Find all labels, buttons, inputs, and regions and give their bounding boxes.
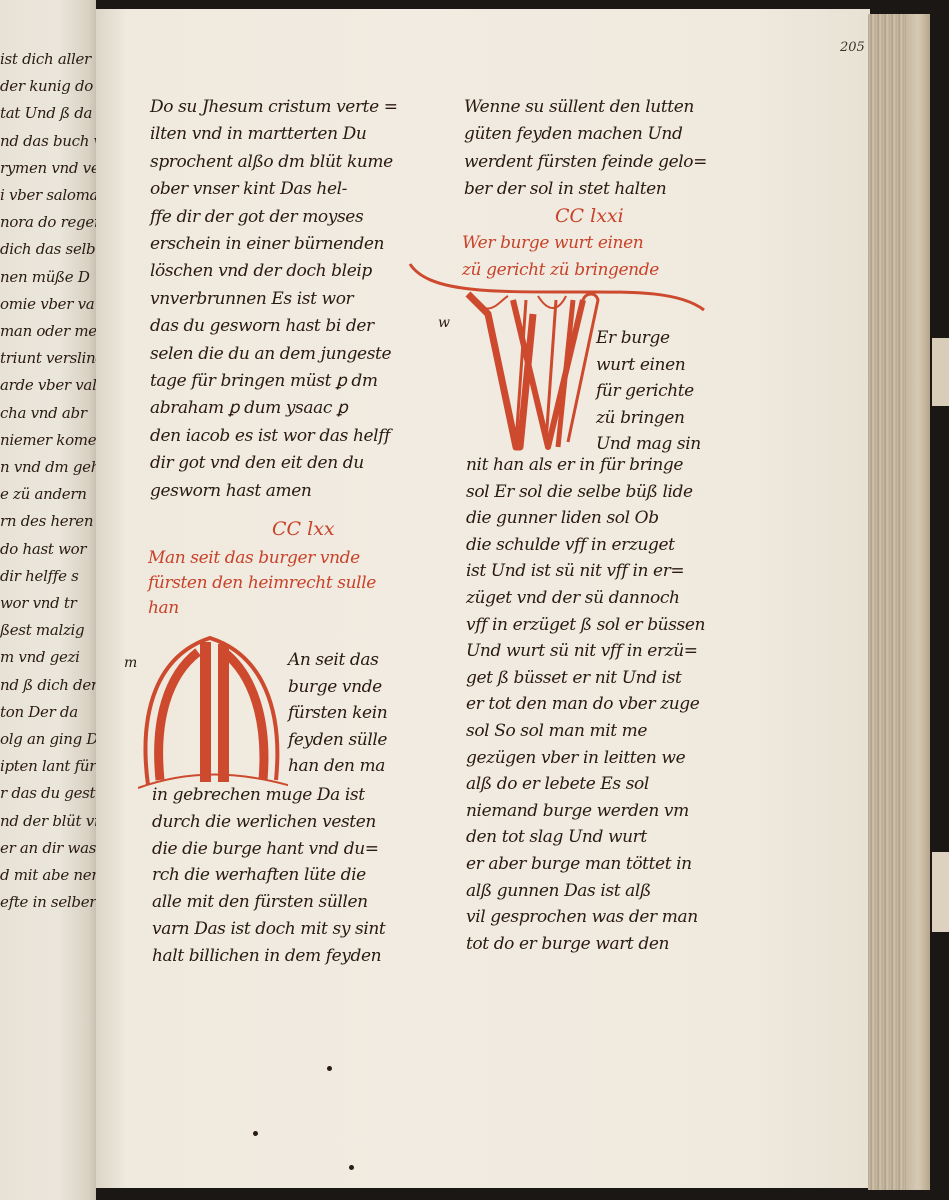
rubric-heading-line: zü gericht zü bringende xyxy=(462,260,659,280)
text-line: alle mit den fürsten süllen xyxy=(152,892,368,912)
text-line: tot do er burge wart den xyxy=(466,934,669,954)
left-page-text-line: ist dich aller be xyxy=(0,50,96,68)
text-line: ilten vnd in martterten Du xyxy=(150,124,366,144)
page-tab-lower xyxy=(932,852,949,932)
left-page-text-line: dich das selbe xyxy=(0,240,96,258)
left-page-text-line: m vnd gezi xyxy=(0,648,80,666)
text-line: werdent fürsten feinde gelo= xyxy=(464,152,707,172)
text-line: sprochent alßo dm blüt kume xyxy=(150,152,393,172)
text-line: ober vnser kint Das hel- xyxy=(150,179,347,199)
text-line: rch die werhaften lüte die xyxy=(152,865,366,885)
text-line: sol Er sol die selbe büß lide xyxy=(466,482,693,502)
left-page-text-line: triunt verslind xyxy=(0,349,96,367)
text-line: Er burge xyxy=(596,328,670,348)
left-page-text-line: nd ß dich der xyxy=(0,676,96,694)
text-line: für gerichte xyxy=(596,381,694,401)
text-line: durch die werlichen vesten xyxy=(152,812,376,832)
text-line: gesworn hast amen xyxy=(150,481,311,501)
text-line: güten feyden machen Und xyxy=(464,124,682,144)
text-line: in gebrechen muge Da ist xyxy=(152,785,365,805)
text-line: Wenne su süllent den lutten xyxy=(464,97,694,117)
left-page-text-line: i vber saloma xyxy=(0,186,96,204)
text-line: zü bringen xyxy=(596,408,685,428)
book-cover-edge xyxy=(906,14,930,1190)
text-line: alß do er lebete Es sol xyxy=(466,774,649,794)
left-page-text-line: niemer kome xyxy=(0,431,96,449)
text-line: ffe dir der got der moyses xyxy=(150,207,363,227)
text-line: erschein in einer bürnenden xyxy=(150,234,384,254)
text-line: wurt einen xyxy=(596,355,685,375)
left-page-text-line: dir helffe s xyxy=(0,567,79,585)
left-page-text-line: d mit abe nem xyxy=(0,866,96,884)
text-line: er aber burge man töttet in xyxy=(466,854,692,874)
margin-mark-left: m xyxy=(124,655,137,671)
text-line: die die burge hant vnd du= xyxy=(152,839,379,859)
left-page-text-line: olg an ging D xyxy=(0,730,96,748)
rubric-heading-line: Man seit das burger vnde xyxy=(148,548,360,568)
folio-number: 205 xyxy=(840,40,865,55)
rubric-heading-line: fürsten den heimrecht sulle xyxy=(148,573,376,593)
left-page-text-line: efte in selber m xyxy=(0,893,96,911)
text-line: selen die du an dem jungeste xyxy=(150,344,391,364)
text-line: er tot den man do vber zuge xyxy=(466,694,699,714)
text-line: dir got vnd den eit den du xyxy=(150,453,364,473)
left-page-text-line: r das du gest xyxy=(0,784,95,802)
text-line: burge vnde xyxy=(288,677,382,697)
text-line: die schulde vff in erzuget xyxy=(466,535,675,555)
paper-speck xyxy=(253,1131,258,1136)
rubric-heading-line: han xyxy=(148,598,179,618)
left-page-text-line: n vnd dm geh xyxy=(0,458,96,476)
left-page-text-line: ipten lant für xyxy=(0,757,96,775)
paper-speck xyxy=(327,1066,332,1071)
text-line: Und wurt sü nit vff in erzü= xyxy=(466,641,698,661)
text-line: nit han als er in für bringe xyxy=(466,455,683,475)
left-page-text-line: ßest malzig xyxy=(0,621,84,639)
text-line: halt billichen in dem feyden xyxy=(152,946,381,966)
text-line: züget vnd der sü dannoch xyxy=(466,588,680,608)
text-line: das du gesworn hast bi der xyxy=(150,316,374,336)
text-line: abraham ꝑ dum ysaac ꝑ xyxy=(150,398,347,418)
left-page-text-line: rn des heren xyxy=(0,512,93,530)
left-page-text-line: er an dir wass xyxy=(0,839,96,857)
left-page-text-line: cha vnd abr xyxy=(0,404,87,422)
background-shadow xyxy=(932,0,949,338)
rubric-heading-line: Wer burge wurt einen xyxy=(462,233,643,253)
text-line: vff in erzüget ß sol er büssen xyxy=(466,615,705,635)
left-page-text-line: do hast wor xyxy=(0,540,86,558)
text-line: ber der sol in stet halten xyxy=(464,179,666,199)
text-line: ist Und ist sü nit vff in er= xyxy=(466,561,684,581)
text-line: An seit das xyxy=(288,650,378,670)
left-page-text-line: rymen vnd ve xyxy=(0,159,96,177)
left-page-text-line: nora do regen xyxy=(0,213,96,231)
text-line: niemand burge werden vm xyxy=(466,801,689,821)
text-line: alß gunnen Das ist alß xyxy=(466,881,651,901)
left-page-text-line: nd der blüt vn xyxy=(0,812,96,830)
text-line: Do su Jhesum cristum verte = xyxy=(150,97,398,117)
text-line: fürsten kein xyxy=(288,703,387,723)
paper-speck xyxy=(349,1165,354,1170)
left-page-text-line: tat Und ß da xyxy=(0,104,92,122)
text-line: vil gesprochen was der man xyxy=(466,907,698,927)
left-page-fragment: ist dich aller beder kunig do zitat Und … xyxy=(0,0,96,1200)
left-page-text-line: der kunig do zi xyxy=(0,77,96,95)
left-page-text-line: e zü andern xyxy=(0,485,87,503)
left-page-text-line: omie vber va xyxy=(0,295,94,313)
text-line: tage für bringen müst ꝑ dm xyxy=(150,371,378,391)
chapter-numeral: CC lxx xyxy=(272,518,335,540)
decorated-initial-m xyxy=(138,630,288,790)
text-line: vnverbrunnen Es ist wor xyxy=(150,289,353,309)
text-line: die gunner liden sol Ob xyxy=(466,508,659,528)
margin-mark-right: w xyxy=(438,315,450,331)
text-line: sol So sol man mit me xyxy=(466,721,647,741)
left-page-text-line: nd das buch vf xyxy=(0,132,96,150)
chapter-numeral: CC lxxi xyxy=(555,205,624,227)
text-line: han den ma xyxy=(288,756,385,776)
text-line: varn Das ist doch mit sy sint xyxy=(152,919,385,939)
text-line: gezügen vber in leitten we xyxy=(466,748,685,768)
text-line: Und mag sin xyxy=(596,434,701,454)
left-page-text-line: nen müße D xyxy=(0,268,90,286)
page-tab-upper xyxy=(932,338,949,406)
book-fore-edge xyxy=(868,14,930,1190)
text-line: den iacob es ist wor das helff xyxy=(150,426,390,446)
text-line: feyden sülle xyxy=(288,730,387,750)
left-page-text-line: wor vnd tr xyxy=(0,594,77,612)
text-line: löschen vnd der doch bleip xyxy=(150,261,372,281)
text-line: get ß büsset er nit Und ist xyxy=(466,668,681,688)
left-page-text-line: ton Der da xyxy=(0,703,78,721)
text-line: den tot slag Und wurt xyxy=(466,827,647,847)
left-page-text-line: arde vber vall xyxy=(0,376,96,394)
left-page-text-line: man oder mer xyxy=(0,322,96,340)
